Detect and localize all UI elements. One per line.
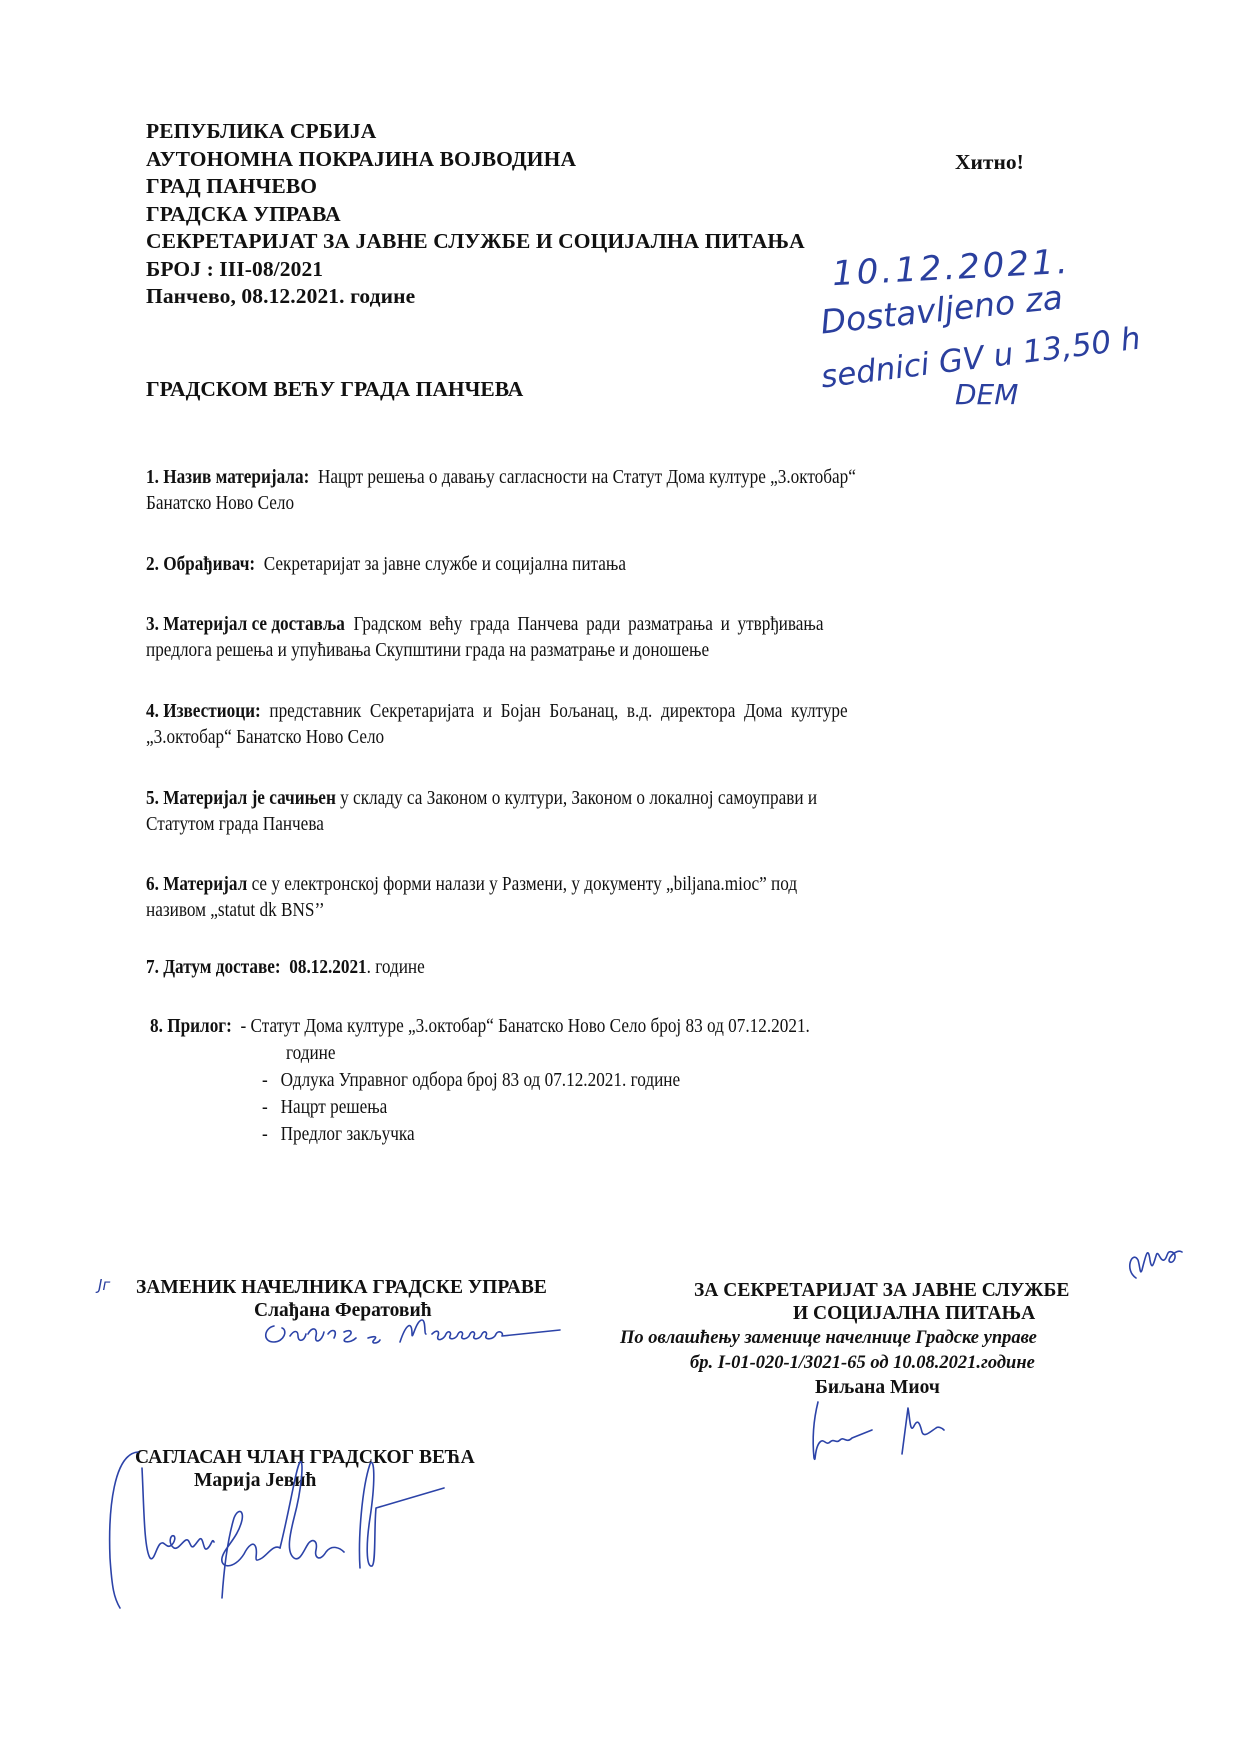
- attachments-list: 8. Прилог: - Статут Дома културе „3.окто…: [150, 1013, 917, 1148]
- handwritten-initials: DEM: [955, 378, 1018, 411]
- item-delivery-date: 7. Датум доставе: 08.12.2021. године: [146, 954, 1146, 980]
- attachment-item: Одлука Управног одбора број 83 од 07.12.…: [281, 1069, 680, 1091]
- item-text-cont: називом „statut dk BNS’’: [146, 897, 325, 923]
- attachment-item: Нацрт решења: [281, 1096, 388, 1118]
- authority-line1: По овлашћењу заменице начелнице Градске …: [620, 1327, 1037, 1350]
- delivery-date-value: 08.12.2021: [289, 956, 366, 978]
- item-reporters: 4. Известиоци: представник Секретаријата…: [146, 698, 1146, 750]
- item-text: . године: [367, 956, 425, 978]
- addressee: ГРАДСКОМ ВЕЋУ ГРАДА ПАНЧЕВА: [146, 377, 523, 402]
- header-line-secretariat: СЕКРЕТАРИЈАТ ЗА ЈАВНЕ СЛУЖБЕ И СОЦИЈАЛНА…: [146, 228, 805, 256]
- secretariat-title-line2: И СОЦИЈАЛНА ПИТАЊА: [793, 1302, 1035, 1325]
- attachment-item: Предлог закључка: [281, 1123, 415, 1145]
- item-material-name: 1. Назив материјала: Нацрт решења о дава…: [146, 464, 1146, 516]
- item-label: 3. Материјал се доставља: [146, 613, 345, 635]
- header-line-republic: РЕПУБЛИКА СРБИЈА: [146, 118, 805, 146]
- attachment-bullet: -: [240, 1015, 246, 1037]
- document-page: РЕПУБЛИКА СРБИЈА АУТОНОМНА ПОКРАЈИНА ВОЈ…: [0, 0, 1240, 1752]
- item-label: 6. Материјал: [146, 873, 247, 895]
- header-line-number: БРОЈ : III-08/2021: [146, 256, 805, 284]
- header-line-place-date: Панчево, 08.12.2021. године: [146, 283, 805, 311]
- item-processor: 2. Обрађивач: Секретаријат за јавне служ…: [146, 551, 1146, 577]
- item-text: Секретаријат за јавне службе и социјална…: [264, 553, 626, 575]
- item-compliance: 5. Материјал је сачињен у складу са Зако…: [146, 785, 1146, 837]
- item-text: представник Секретаријата и Бојан Бољана…: [269, 700, 847, 722]
- attachment-item-cont: године: [286, 1040, 336, 1067]
- header-line-administration: ГРАДСКА УПРАВА: [146, 201, 805, 229]
- initials-mark: Jг: [98, 1276, 110, 1294]
- secretariat-title-line1: ЗА СЕКРЕТАРИЈАТ ЗА ЈАВНЕ СЛУЖБЕ: [694, 1279, 1069, 1302]
- attachment-item: Статут Дома културе „3.октобар“ Банатско…: [250, 1015, 809, 1037]
- item-text: Градском већу града Панчева ради разматр…: [353, 613, 823, 635]
- secretariat-signatory-name: Биљана Миоч: [815, 1376, 940, 1399]
- item-label: 2. Обрађивач:: [146, 553, 255, 575]
- deputy-head-signature: [260, 1312, 580, 1352]
- item-text: Нацрт решења о давању сагласности на Ста…: [318, 466, 856, 488]
- urgent-label: Хитно!: [955, 150, 1024, 175]
- signatory-signature: [810, 1398, 970, 1468]
- item-electronic-form: 6. Материјал се у електронској форми нал…: [146, 871, 1146, 923]
- attachment-bullet: -: [262, 1096, 268, 1118]
- deputy-head-title: ЗАМЕНИК НАЧЕЛНИКА ГРАДСКЕ УПРАВЕ: [136, 1276, 547, 1299]
- item-text-cont: Статутом града Панчева: [146, 811, 324, 837]
- header-line-city: ГРАД ПАНЧЕВО: [146, 173, 805, 201]
- item-label: 5. Материјал је сачињен: [146, 787, 336, 809]
- council-member-signature: [104, 1448, 464, 1628]
- authority-line2: бр. I-01-020-1/3021-65 од 10.08.2021.год…: [690, 1352, 1035, 1375]
- document-header: РЕПУБЛИКА СРБИЈА АУТОНОМНА ПОКРАЈИНА ВОЈ…: [146, 118, 805, 311]
- item-text-cont: Банатско Ново Село: [146, 490, 294, 516]
- paraph-signature: [1124, 1240, 1204, 1288]
- item-label: 7. Датум доставе:: [146, 956, 281, 978]
- item-text-cont: „3.октобар“ Банатско Ново Село: [146, 724, 384, 750]
- item-text: у складу са Законом о култури, Законом о…: [340, 787, 817, 809]
- attachment-bullet: -: [262, 1069, 268, 1091]
- item-delivery: 3. Материјал се доставља Градском већу г…: [146, 611, 1146, 663]
- attachments-label: 8. Прилог:: [150, 1015, 232, 1037]
- item-text: се у електронској форми налази у Размени…: [252, 873, 798, 895]
- attachment-bullet: -: [262, 1123, 268, 1145]
- item-label: 4. Известиоци:: [146, 700, 261, 722]
- header-line-province: АУТОНОМНА ПОКРАЈИНА ВОЈВОДИНА: [146, 146, 805, 174]
- item-label: 1. Назив материјала:: [146, 466, 309, 488]
- item-text-cont: предлога решења и упућивања Скупштини гр…: [146, 637, 709, 663]
